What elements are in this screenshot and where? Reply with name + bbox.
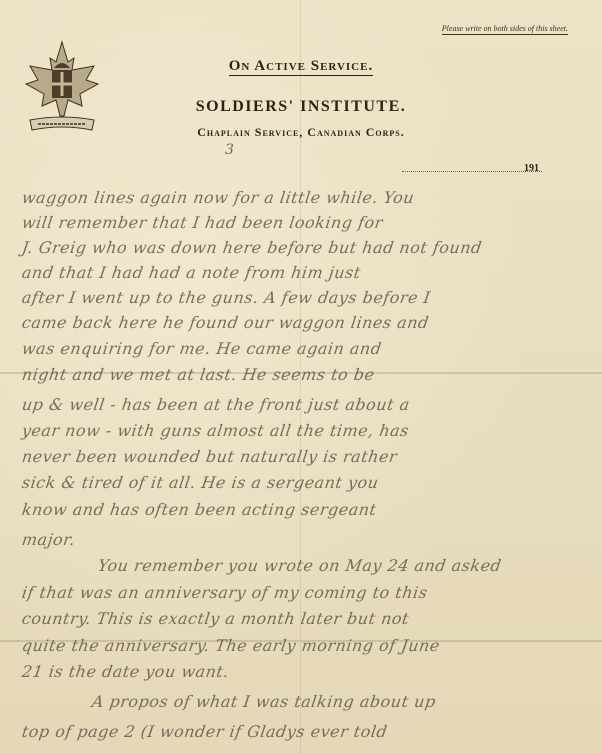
write-both-sides-notice: Please write on both sides of this sheet… [442, 24, 568, 35]
letter-line: after I went up to the guns. A few days … [21, 288, 432, 307]
letter-line: will remember that I had been looking fo… [21, 213, 385, 232]
letter-line: never been wounded but naturally is rath… [21, 447, 399, 466]
letter-line: quite the anniversary. The early morning… [21, 636, 442, 655]
letter-line: night and we met at last. He seems to be [21, 365, 376, 384]
letter-line: came back here he found our waggon lines… [21, 313, 431, 332]
letter-line: year now - with guns almost all the time… [21, 421, 411, 440]
letter-line: was enquiring for me. He came again and [21, 339, 383, 358]
letter-line: A propos of what I was talking about up [91, 692, 437, 711]
page-number: 3 [225, 142, 234, 158]
year-prefix: 191 [524, 163, 539, 174]
letterhead-organization: SOLDIERS' INSTITUTE. [0, 98, 602, 116]
letter-line: know and has often been acting sergeant [21, 500, 378, 519]
letter-line: top of page 2 (I wonder if Gladys ever t… [21, 722, 389, 741]
letter-line: waggon lines again now for a little whil… [21, 188, 416, 207]
letterhead-subtitle: Chaplain Service, Canadian Corps. [0, 125, 602, 140]
letterhead-title: On Active Service. [0, 58, 602, 75]
letter-line: up & well - has been at the front just a… [21, 395, 411, 414]
letter-line: 21 is the date you want. [21, 662, 231, 681]
date-line [402, 163, 542, 172]
letter-line: if that was an anniversary of my coming … [21, 583, 429, 602]
letter-line: J. Greig who was down here before but ha… [21, 238, 484, 257]
letter-line: and that I had had a note from him just [21, 263, 362, 282]
letter-page: Please write on both sides of this sheet… [0, 0, 602, 753]
letter-line: sick & tired of it all. He is a sergeant… [21, 473, 380, 492]
maple-leaf-crest-icon [22, 40, 102, 136]
letter-line: country. This is exactly a month later b… [21, 609, 411, 628]
letter-line: major. [21, 530, 77, 549]
letter-line: You remember you wrote on May 24 and ask… [97, 556, 503, 575]
